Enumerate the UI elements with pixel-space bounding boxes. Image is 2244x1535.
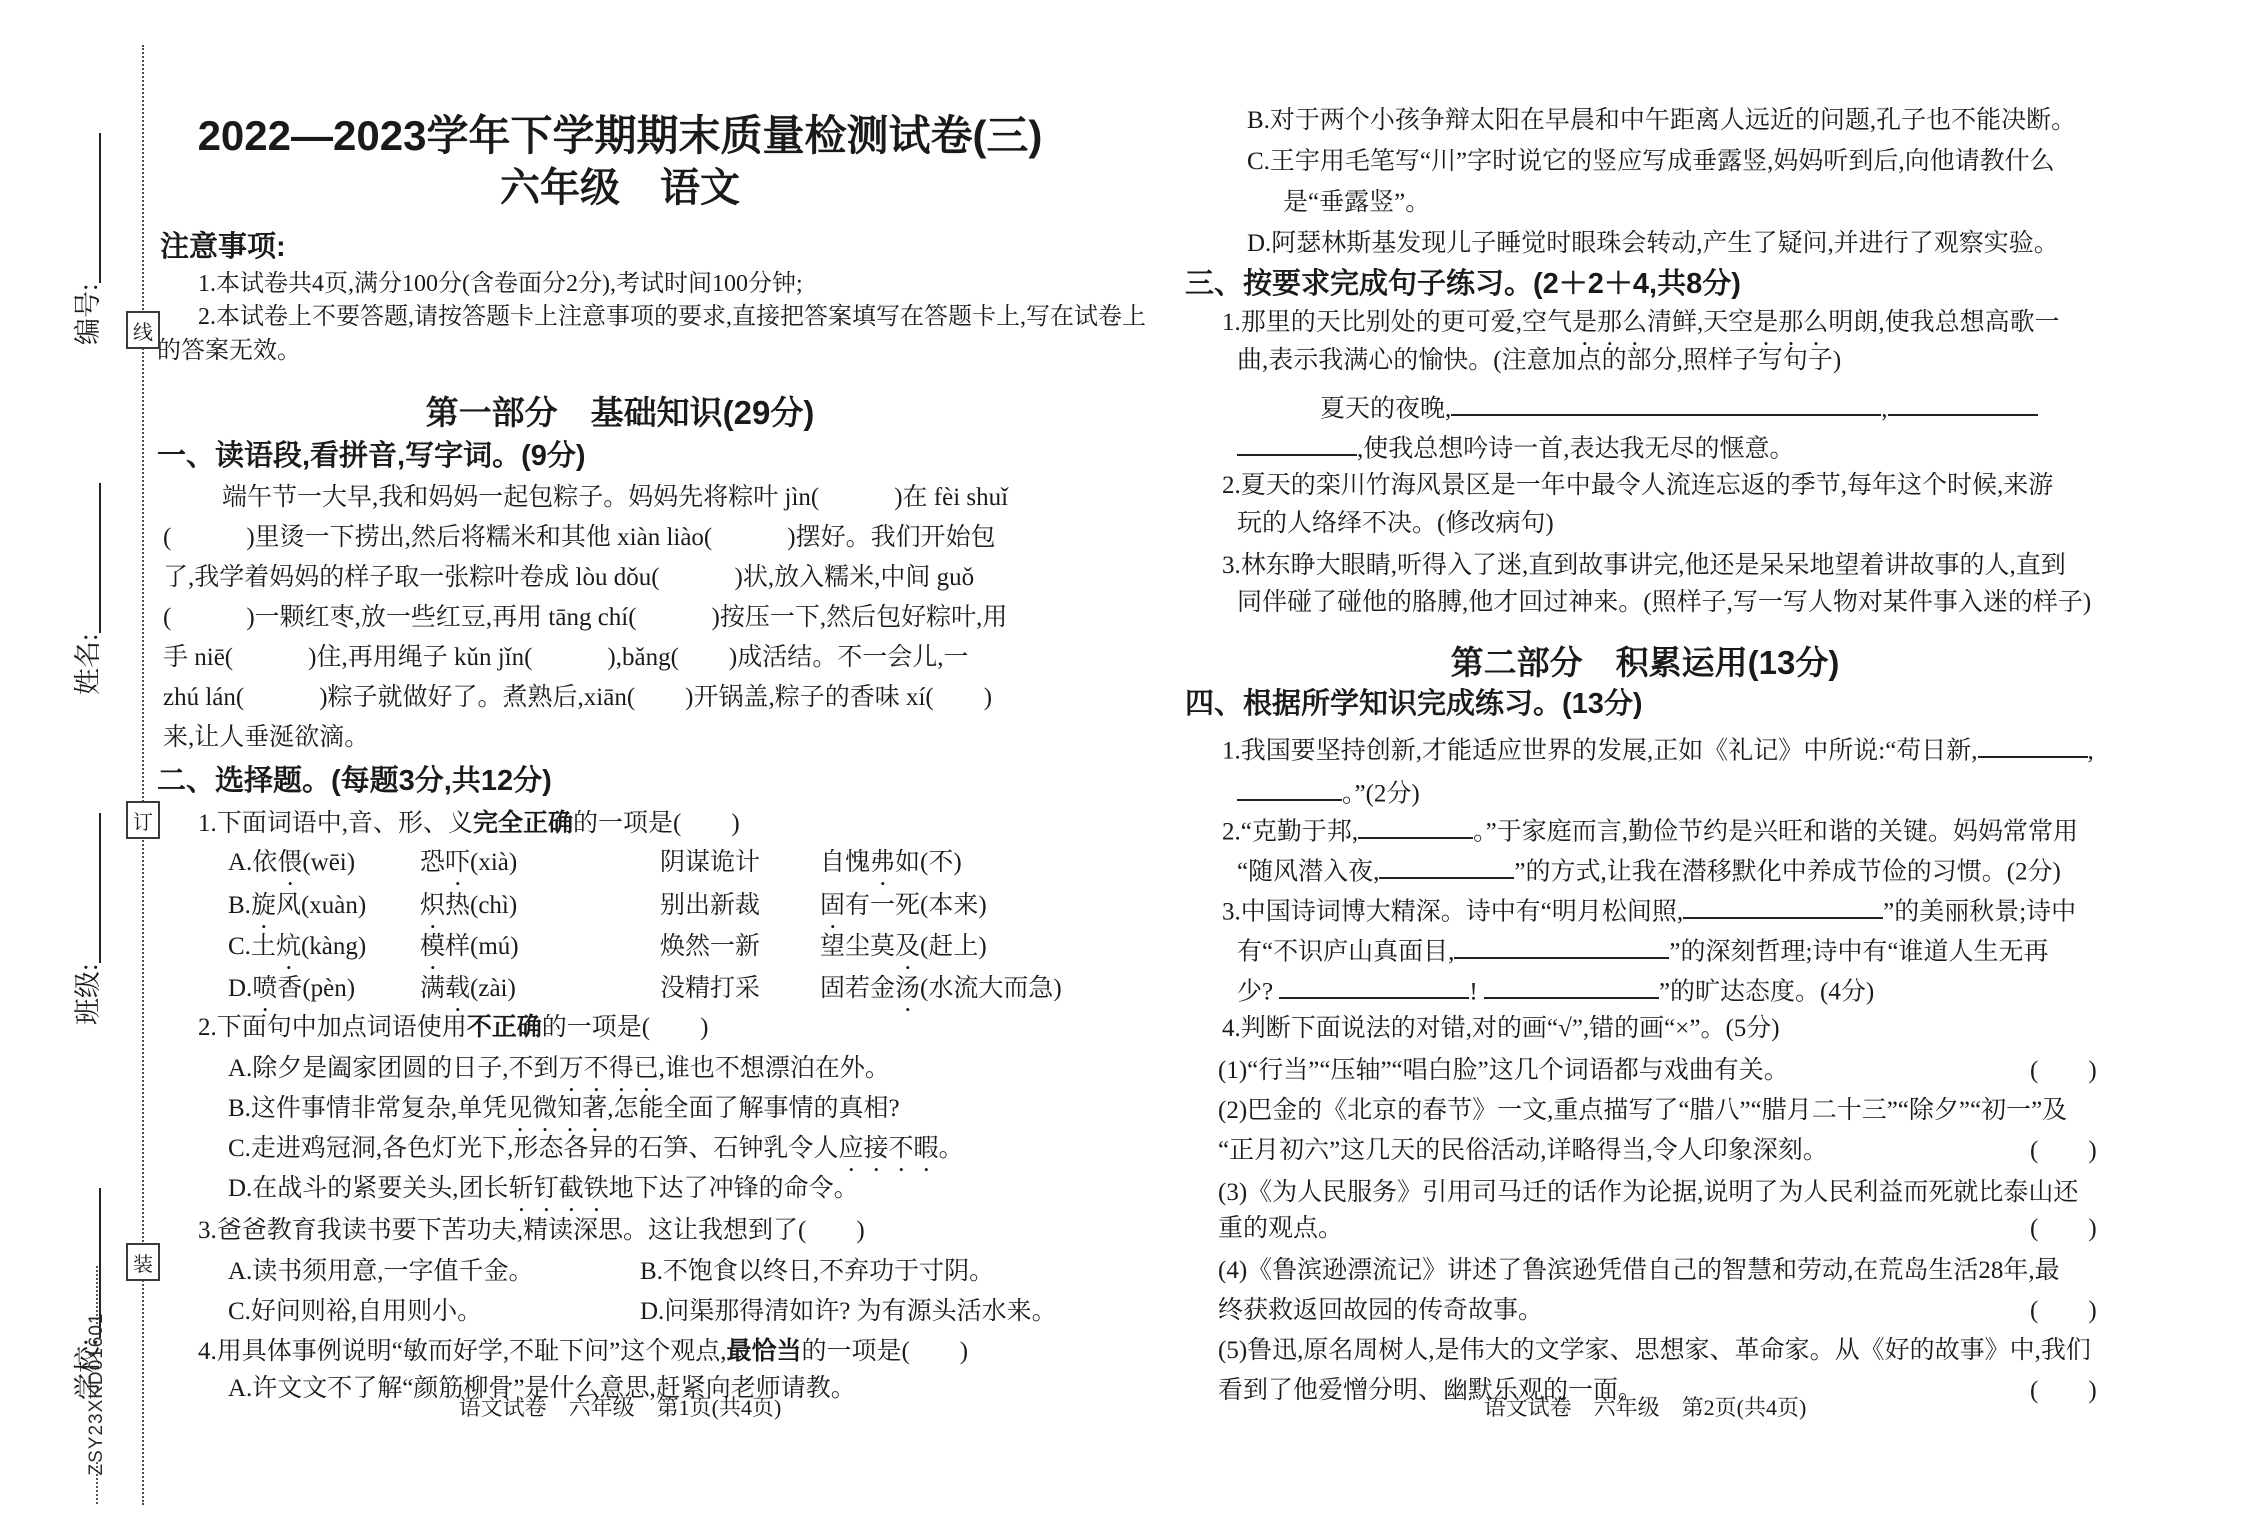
text-line: D.在战斗的紧要关头,团长斩钉截铁地下达了冲锋的命令。 [228,1171,859,1217]
text: 的一项是( ) [573,810,740,837]
text: 。 [938,1135,963,1162]
answer-blank-line [1237,428,1357,456]
text: (水流大而急) [920,975,1062,1002]
text: 3.爸爸教育我读书要下苦功夫,精读深思。这让我想到了( ) [198,1217,865,1244]
dotted-emphasis-text: 炽 [420,892,445,919]
text: D.阿瑟林斯基发现儿子睡觉时眼珠会转动,产生了疑问,并进行了观察实验。 [1247,230,2059,257]
answer-blank-line [1237,773,1342,801]
text-line: B.对于两个小孩争辩太阳在早晨和中午距离人远近的问题,孔子也不能决断。 [1247,103,2076,139]
binding-dotted-line [142,45,144,1505]
text: 的答案无效。 [157,338,301,364]
text: ,谁也不想漂泊在外。 [659,1055,890,1082]
text: 注意事项: [160,231,286,263]
answer-bracket: ( ) [2030,1293,2097,1329]
text-line: ( )里烫一下捞出,然后将糯米和其他 xiàn liào( )摆好。我们开始包 [163,520,996,556]
text: 香(pèn) [277,975,355,1002]
part1-heading: 第一部分 基础知识(29分) [140,394,1100,432]
text: zhú lán( )粽子就做好了。煮熟后,xiān( )开锅盖,粽子的香味 xí… [163,684,992,711]
text-line: (3)《为人民服务》引用司马迁的话作为论据,说明了为人民利益而死就比泰山还 [1218,1175,2078,1211]
text-line: 2.下面句中加点词语使用不正确的一项是( ) [198,1009,708,1046]
dotted-emphasis-text: 炕 [276,933,301,960]
text: (2)巴金的《北京的春节》一文,重点描写了“腊八”“腊月二十三”“除夕”“初一”… [1218,1097,2067,1124]
text: ( ) [2030,1057,2097,1084]
dotted-emphasis-text: 旋 [251,892,276,919]
text-line: 是“垂露竖”。 [1283,185,1430,221]
text-line: ,使我总想吟诗一首,表达我无尽的惬意。 [1237,428,1795,467]
text-line: B.旋风(xuàn) [228,888,366,934]
text: (zài) [470,975,516,1002]
answer-bracket: ( ) [2030,1133,2097,1169]
section-4-heading: 四、根据所学知识完成练习。(13分) [1185,686,1643,722]
text-line: 同伴碰了碰他的胳膊,他才回过神来。(照样子,写一写人物对某件事入迷的样子) [1237,585,2091,621]
text-line: 少? ! ”的旷达态度。(4分) [1237,971,1874,1010]
text-line: 终获救返回故园的传奇故事。 [1218,1293,1543,1329]
margin-field-blank [71,133,101,283]
text: ”的美丽秋景;诗中 [1883,898,2076,925]
text: 3.林东睁大眼睛,听得入了迷,直到故事讲完,他还是呆呆地望着讲故事的人,直到 [1222,552,2066,579]
text-line: 曲,表示我满心的愉快。(注意加点的部分,照样子写句子) [1237,343,1841,379]
text-line: D.问渠那得清如许? 为有源头活水来。 [640,1294,1057,1330]
text: ( ) [2030,1215,2097,1242]
text-line: A.依偎(wēi) [228,845,355,891]
text: 的一项是( ) [801,1338,968,1365]
text-line: “正月初六”这几天的民俗活动,详略得当,令人印象深刻。 [1218,1133,1828,1169]
dotted-emphasis-text: 弗 [870,849,895,876]
text: , [2088,737,2094,764]
text: C.王宇用毛笔写“川”字时说它的竖应写成垂露竖,妈妈听到后,向他请教什么 [1247,148,2055,175]
text-line: 3.爸爸教育我读书要下苦功夫,精读深思。这让我想到了( ) [198,1213,865,1249]
text: 手 niē( )住,再用绳子 kǔn jǐn( ),bǎng( )成活结。不一会… [163,644,968,671]
dotted-emphasis-text: 万不得已 [559,1055,659,1082]
binding-mark: 订 [126,801,160,839]
dotted-emphasis-text: 吓 [445,849,470,876]
text: ( ) [2030,1297,2097,1324]
text-line: 手 niē( )住,再用绳子 kǔn jǐn( ),bǎng( )成活结。不一会… [163,640,968,676]
text: D. [228,975,252,1002]
text: 来,让人垂涎欲滴。 [163,724,369,751]
text: 阴谋诡计 [660,849,760,876]
section-2-heading: 二、选择题。(每题3分,共12分) [157,763,552,799]
text: 2.“克勤于邦, [1222,818,1358,845]
answer-bracket: ( ) [2030,1053,2097,1089]
text: 别出新裁 [660,892,760,919]
text: 终获救返回故园的传奇故事。 [1218,1297,1543,1324]
text: 风(xuàn) [276,892,366,919]
text-line: 焕然一新 [660,929,760,965]
answer-blank-line [1358,811,1473,839]
text-line: “随风潜入夜,”的方式,让我在潜移默化中养成节俭的习惯。(2分) [1237,851,2061,890]
text: 同伴碰了碰他的胳膊,他才回过神来。(照样子,写一写人物对某件事入迷的样子) [1237,589,2091,616]
page-footer: 语文试卷 六年级 第1页(共4页) [140,1394,1100,1422]
text: 明朗,使我总想高歌一 [1828,309,2059,336]
text-line: 4.判断下面说法的对错,对的画“√”,错的画“×”。(5分) [1222,1011,1780,1047]
answer-bracket: ( ) [2030,1211,2097,1247]
text: 了,我学着妈妈的样子取一张粽叶卷成 lòu dǒu( )状,放入糯米,中间 gu… [163,564,974,591]
text: 。”(2分) [1342,780,1420,807]
text: 曲,表示我满心的愉快。(注意加点的部分,照样子写句子) [1237,347,1841,374]
text: D.问渠那得清如许? 为有源头活水来。 [640,1298,1057,1325]
text: 焕然一新 [660,933,760,960]
section-3-heading: 三、按要求完成句子练习。(2＋2＋4,共8分) [1185,266,1741,302]
text: A.除夕是阖家团圆的日子,不到 [228,1055,559,1082]
answer-blank-line [1683,891,1883,919]
text: 4.判断下面说法的对错,对的画“√”,错的画“×”。(5分) [1222,1015,1780,1042]
text: 恐 [420,849,445,876]
text-line: (5)鲁迅,原名周树人,是伟大的文学家、思想家、革命家。从《好的故事》中,我们 [1218,1333,2091,1369]
text-line: 恐吓(xià) [420,845,517,891]
text-line: 2.“克勤于邦,。”于家庭而言,勤俭节约是兴旺和谐的关键。妈妈常常用 [1222,811,2078,850]
binding-mark: 线 [126,311,160,349]
text-line: 2.本试卷上不要答题,请按答题卡上注意事项的要求,直接把答案填写在答题卡上,写在… [198,299,1146,335]
text-line: (1)“行当”“压轴”“唱白脸”这几个词语都与戏曲有关。 [1218,1053,1789,1089]
answer-blank-line [1454,931,1669,959]
text: 一、读语段,看拼音,写字词。(9分) [157,440,586,472]
text: 3.中国诗词博大精深。诗中有“明月松间照, [1222,898,1683,925]
text: 1.那里的天比别处的更可爱,空气 [1222,309,1572,336]
text: 四、根据所学知识完成练习。(13分) [1185,688,1643,720]
text: 夏天的夜晚, [1320,395,1451,422]
text-line: 模样(mú) [420,929,519,975]
text: 清鲜,天空 [1647,309,1753,336]
margin-field: 编号: [67,75,105,345]
text: ! [1469,978,1484,1005]
dotted-emphasis-text: 是那么 [1753,309,1828,336]
dotted-emphasis-text: 模 [420,933,445,960]
text: 有“不识庐山真面目, [1237,938,1454,965]
text: 2022—2023学年下学期期末质量检测试卷(三) [198,112,1043,159]
answer-blank-line [1451,388,1881,416]
text-line: 来,让人垂涎欲滴。 [163,720,369,756]
text-line: (4)《鲁滨逊漂流记》讲述了鲁滨逊凭借自己的智慧和劳动,在荒岛生活28年,最 [1218,1253,2060,1289]
text-line: 1.下面词语中,音、形、义完全正确的一项是( ) [198,805,740,842]
text: A.依 [228,849,277,876]
answer-blank-line [1888,388,2038,416]
text: 没精打采 [660,975,760,1002]
text: ,怎能全面了解事情的真相? [607,1095,899,1122]
text: C.土 [228,933,276,960]
bold-text: 最恰当 [726,1337,801,1365]
text: ( )一颗红枣,放一些红豆,再用 tāng chí( )按压一下,然后包好粽叶,… [163,604,1007,631]
text: ”的旷达态度。(4分) [1659,978,1874,1005]
text: A.读书须用意,一字值千金。 [228,1258,534,1285]
text-line: 。”(2分) [1237,773,1420,812]
margin-field-label: 班级: [66,963,105,1025]
dotted-emphasis-text: 载 [445,975,470,1002]
text-line: C.王宇用毛笔写“川”字时说它的竖应写成垂露竖,妈妈听到后,向他请教什么 [1247,144,2055,180]
text-line: 3.林东睁大眼睛,听得入了迷,直到故事讲完,他还是呆呆地望着讲故事的人,直到 [1222,548,2066,584]
text: 如(不) [895,849,962,876]
text: 2.夏天的栾川竹海风景区是一年中最令人流连忘返的季节,每年这个时候,来游 [1222,472,2053,499]
dotted-emphasis-text: 及 [895,933,920,960]
text-line: 玩的人络绎不决。(修改病句) [1237,506,1554,542]
text: 的一项是( ) [542,1014,709,1041]
dotted-emphasis-text: 固 [820,892,845,919]
margin-field-label: 编号: [66,283,105,345]
text-line: 炽热(chì) [420,888,517,934]
section-1-heading: 一、读语段,看拼音,写字词。(9分) [157,438,586,474]
text: 2.下面句中加点词语使用 [198,1014,467,1041]
text-line: 别出新裁 [660,888,760,924]
text: C.走进鸡冠洞,各色灯光下,形态各异的石笋、石钟乳令人 [228,1135,838,1162]
answer-blank-line [1978,730,2088,758]
text-line: B.不饱食以终日,不弃功于寸阴。 [640,1254,994,1290]
text: 4.用具体事例说明“敏而好学,不耻下问”这个观点, [198,1338,726,1365]
text: 三、按要求完成句子练习。(2＋2＋4,共8分) [1185,268,1741,300]
text-line: 有“不识庐山真面目,”的深刻哲理;诗中有“谁道人生无再 [1237,931,2049,970]
text: B.对于两个小孩争辩太阳在早晨和中午距离人远近的问题,孔子也不能决断。 [1247,107,2076,134]
dotted-emphasis-text: 斩钉截铁 [509,1175,609,1202]
dotted-emphasis-text: 偎 [277,849,302,876]
exam-title: 2022—2023学年下学期期末质量检测试卷(三) [140,113,1100,159]
text-line: 的答案无效。 [157,333,301,369]
dotted-emphasis-text: 喷 [252,975,277,1002]
text-line: C.好问则裕,自用则小。 [228,1294,482,1330]
dotted-emphasis-text: 见微知著 [507,1095,607,1122]
text: 满 [420,975,445,1002]
text: C.好问则裕,自用则小。 [228,1298,482,1325]
margin-field: 班级: [67,755,105,1025]
text-line: 了,我学着妈妈的样子取一张粽叶卷成 lòu dǒu( )状,放入糯米,中间 gu… [163,560,974,596]
text-line: 夏天的夜晚,, [1320,388,2038,427]
text-line: 固若金汤(水流大而急) [820,971,1062,1017]
text: 固若金 [820,975,895,1002]
text: (wēi) [302,849,355,876]
text: 热(chì) [445,892,517,919]
text: 自愧 [820,849,870,876]
text: 1.我国要坚持创新,才能适应世界的发展,正如《礼记》中所说:“苟日新, [1222,737,1978,764]
text: 语文试卷 六年级 第1页(共4页) [459,1395,782,1420]
text: 玩的人络绎不决。(修改病句) [1237,510,1554,537]
text: (4)《鲁滨逊漂流记》讲述了鲁滨逊凭借自己的智慧和劳动,在荒岛生活28年,最 [1218,1257,2060,1284]
text: D.在战斗的紧要关头,团长 [228,1175,509,1202]
text: 端午节一大早,我和妈妈一起包粽子。妈妈先将粽叶 jìn( )在 fèi shuǐ [222,484,1008,511]
answer-blank-line [1279,971,1469,999]
text: 望尘莫 [820,933,895,960]
text: 2.本试卷上不要答题,请按答题卡上注意事项的要求,直接把答案填写在答题卡上,写在… [198,304,1146,330]
text-line: 望尘莫及(赶上) [820,929,987,975]
dotted-emphasis-text: 应接不暇 [838,1135,938,1162]
answer-blank-line [1379,851,1514,879]
text: “随风潜入夜, [1237,858,1379,885]
text: B.不饱食以终日,不弃功于寸阴。 [640,1258,994,1285]
bold-text: 不正确 [467,1013,542,1041]
text-line: 端午节一大早,我和妈妈一起包粽子。妈妈先将粽叶 jìn( )在 fèi shuǐ [222,480,1008,516]
binding-mark: 装 [126,1243,160,1281]
dotted-emphasis-text: 是那么 [1572,309,1647,336]
text: 第二部分 积累运用(13分) [1451,644,1840,681]
text-line: 1.本试卷共4页,满分100分(含卷面分2分),考试时间100分钟; [198,266,803,302]
text: 1.本试卷共4页,满分100分(含卷面分2分),考试时间100分钟; [198,271,803,297]
text: “正月初六”这几天的民俗活动,详略得当,令人印象深刻。 [1218,1137,1828,1164]
text-line: C.土炕(kàng) [228,929,366,975]
text: 重的观点。 [1218,1215,1343,1242]
text-line: 4.用具体事例说明“敏而好学,不耻下问”这个观点,最恰当的一项是( ) [198,1333,968,1370]
text-line: 阴谋诡计 [660,845,760,881]
text: ”的深刻哲理;诗中有“谁道人生无再 [1669,938,2048,965]
text: ( ) [2030,1137,2097,1164]
text: (xià) [470,849,517,876]
text-line: 2.夏天的栾川竹海风景区是一年中最令人流连忘返的季节,每年这个时候,来游 [1222,468,2053,504]
text: (5)鲁迅,原名周树人,是伟大的文学家、思想家、革命家。从《好的故事》中,我们 [1218,1337,2091,1364]
margin-field-blank [71,813,101,963]
margin-field: 姓名: [67,425,105,695]
text-line: D.阿瑟林斯基发现儿子睡觉时眼珠会转动,产生了疑问,并进行了观察实验。 [1247,226,2059,262]
text-line: ( )一颗红枣,放一些红豆,再用 tāng chí( )按压一下,然后包好粽叶,… [163,600,1007,636]
exam-subtitle: 六年级 语文 [140,166,1100,210]
text-line: zhú lán( )粽子就做好了。煮熟后,xiān( )开锅盖,粽子的香味 xí… [163,680,992,716]
text: 样(mú) [445,933,519,960]
text: B.这件事情非常复杂,单凭 [228,1095,507,1122]
text: ( )里烫一下捞出,然后将糯米和其他 xiàn liào( )摆好。我们开始包 [163,524,996,551]
text: 。”于家庭而言,勤俭节约是兴旺和谐的关键。妈妈常常用 [1473,818,2078,845]
text-line: 没精打采 [660,971,760,1007]
text: (kàng) [301,933,366,960]
text: 六年级 语文 [500,166,740,210]
exam-sheet-scan: 编号:姓名:班级:学校:线订装ZSY23XKD01601 2022—2023学年… [0,0,2244,1535]
text-line: 1.我国要坚持创新,才能适应世界的发展,正如《礼记》中所说:“苟日新,, [1222,730,2094,769]
text-line: 重的观点。 [1218,1211,1343,1247]
margin-field-label: 姓名: [66,633,105,695]
text-line: 3.中国诗词博大精深。诗中有“明月松间照,”的美丽秋景;诗中 [1222,891,2076,930]
text: 第一部分 基础知识(29分) [426,394,815,431]
text: 少? [1237,978,1279,1005]
answer-blank-line [1484,971,1659,999]
notice-heading: 注意事项: [160,229,286,265]
text: (赶上) [920,933,987,960]
text: 语文试卷 六年级 第2页(共4页) [1484,1395,1807,1420]
text: ,使我总想吟诗一首,表达我无尽的惬意。 [1357,435,1795,462]
text: 地下达了冲锋的命令。 [609,1175,859,1202]
margin-code: ZSY23XKD01601 [85,1299,109,1489]
dotted-emphasis-text: 汤 [895,975,920,1002]
text: ”的方式,让我在潜移默化中养成节俭的习惯。(2分) [1514,858,2061,885]
bold-text: 完全正确 [473,809,573,837]
text: (1)“行当”“压轴”“唱白脸”这几个词语都与戏曲有关。 [1218,1057,1789,1084]
part2-heading: 第二部分 积累运用(13分) [1165,644,2125,682]
text-line: A.读书须用意,一字值千金。 [228,1254,534,1290]
text: 1.下面词语中,音、形、义 [198,810,473,837]
text: 二、选择题。(每题3分,共12分) [157,765,552,797]
page-footer: 语文试卷 六年级 第2页(共4页) [1165,1394,2125,1422]
text-line: (2)巴金的《北京的春节》一文,重点描写了“腊八”“腊月二十三”“除夕”“初一”… [1218,1093,2067,1129]
margin-field-blank [71,483,101,633]
text: B. [228,892,251,919]
text: 是“垂露竖”。 [1283,189,1430,216]
text-line: 自愧弗如(不) [820,845,962,891]
text-line: 固有一死(本来) [820,888,987,934]
text: (3)《为人民服务》引用司马迁的话作为论据,说明了为人民利益而死就比泰山还 [1218,1179,2078,1206]
text: 有一死(本来) [845,892,987,919]
